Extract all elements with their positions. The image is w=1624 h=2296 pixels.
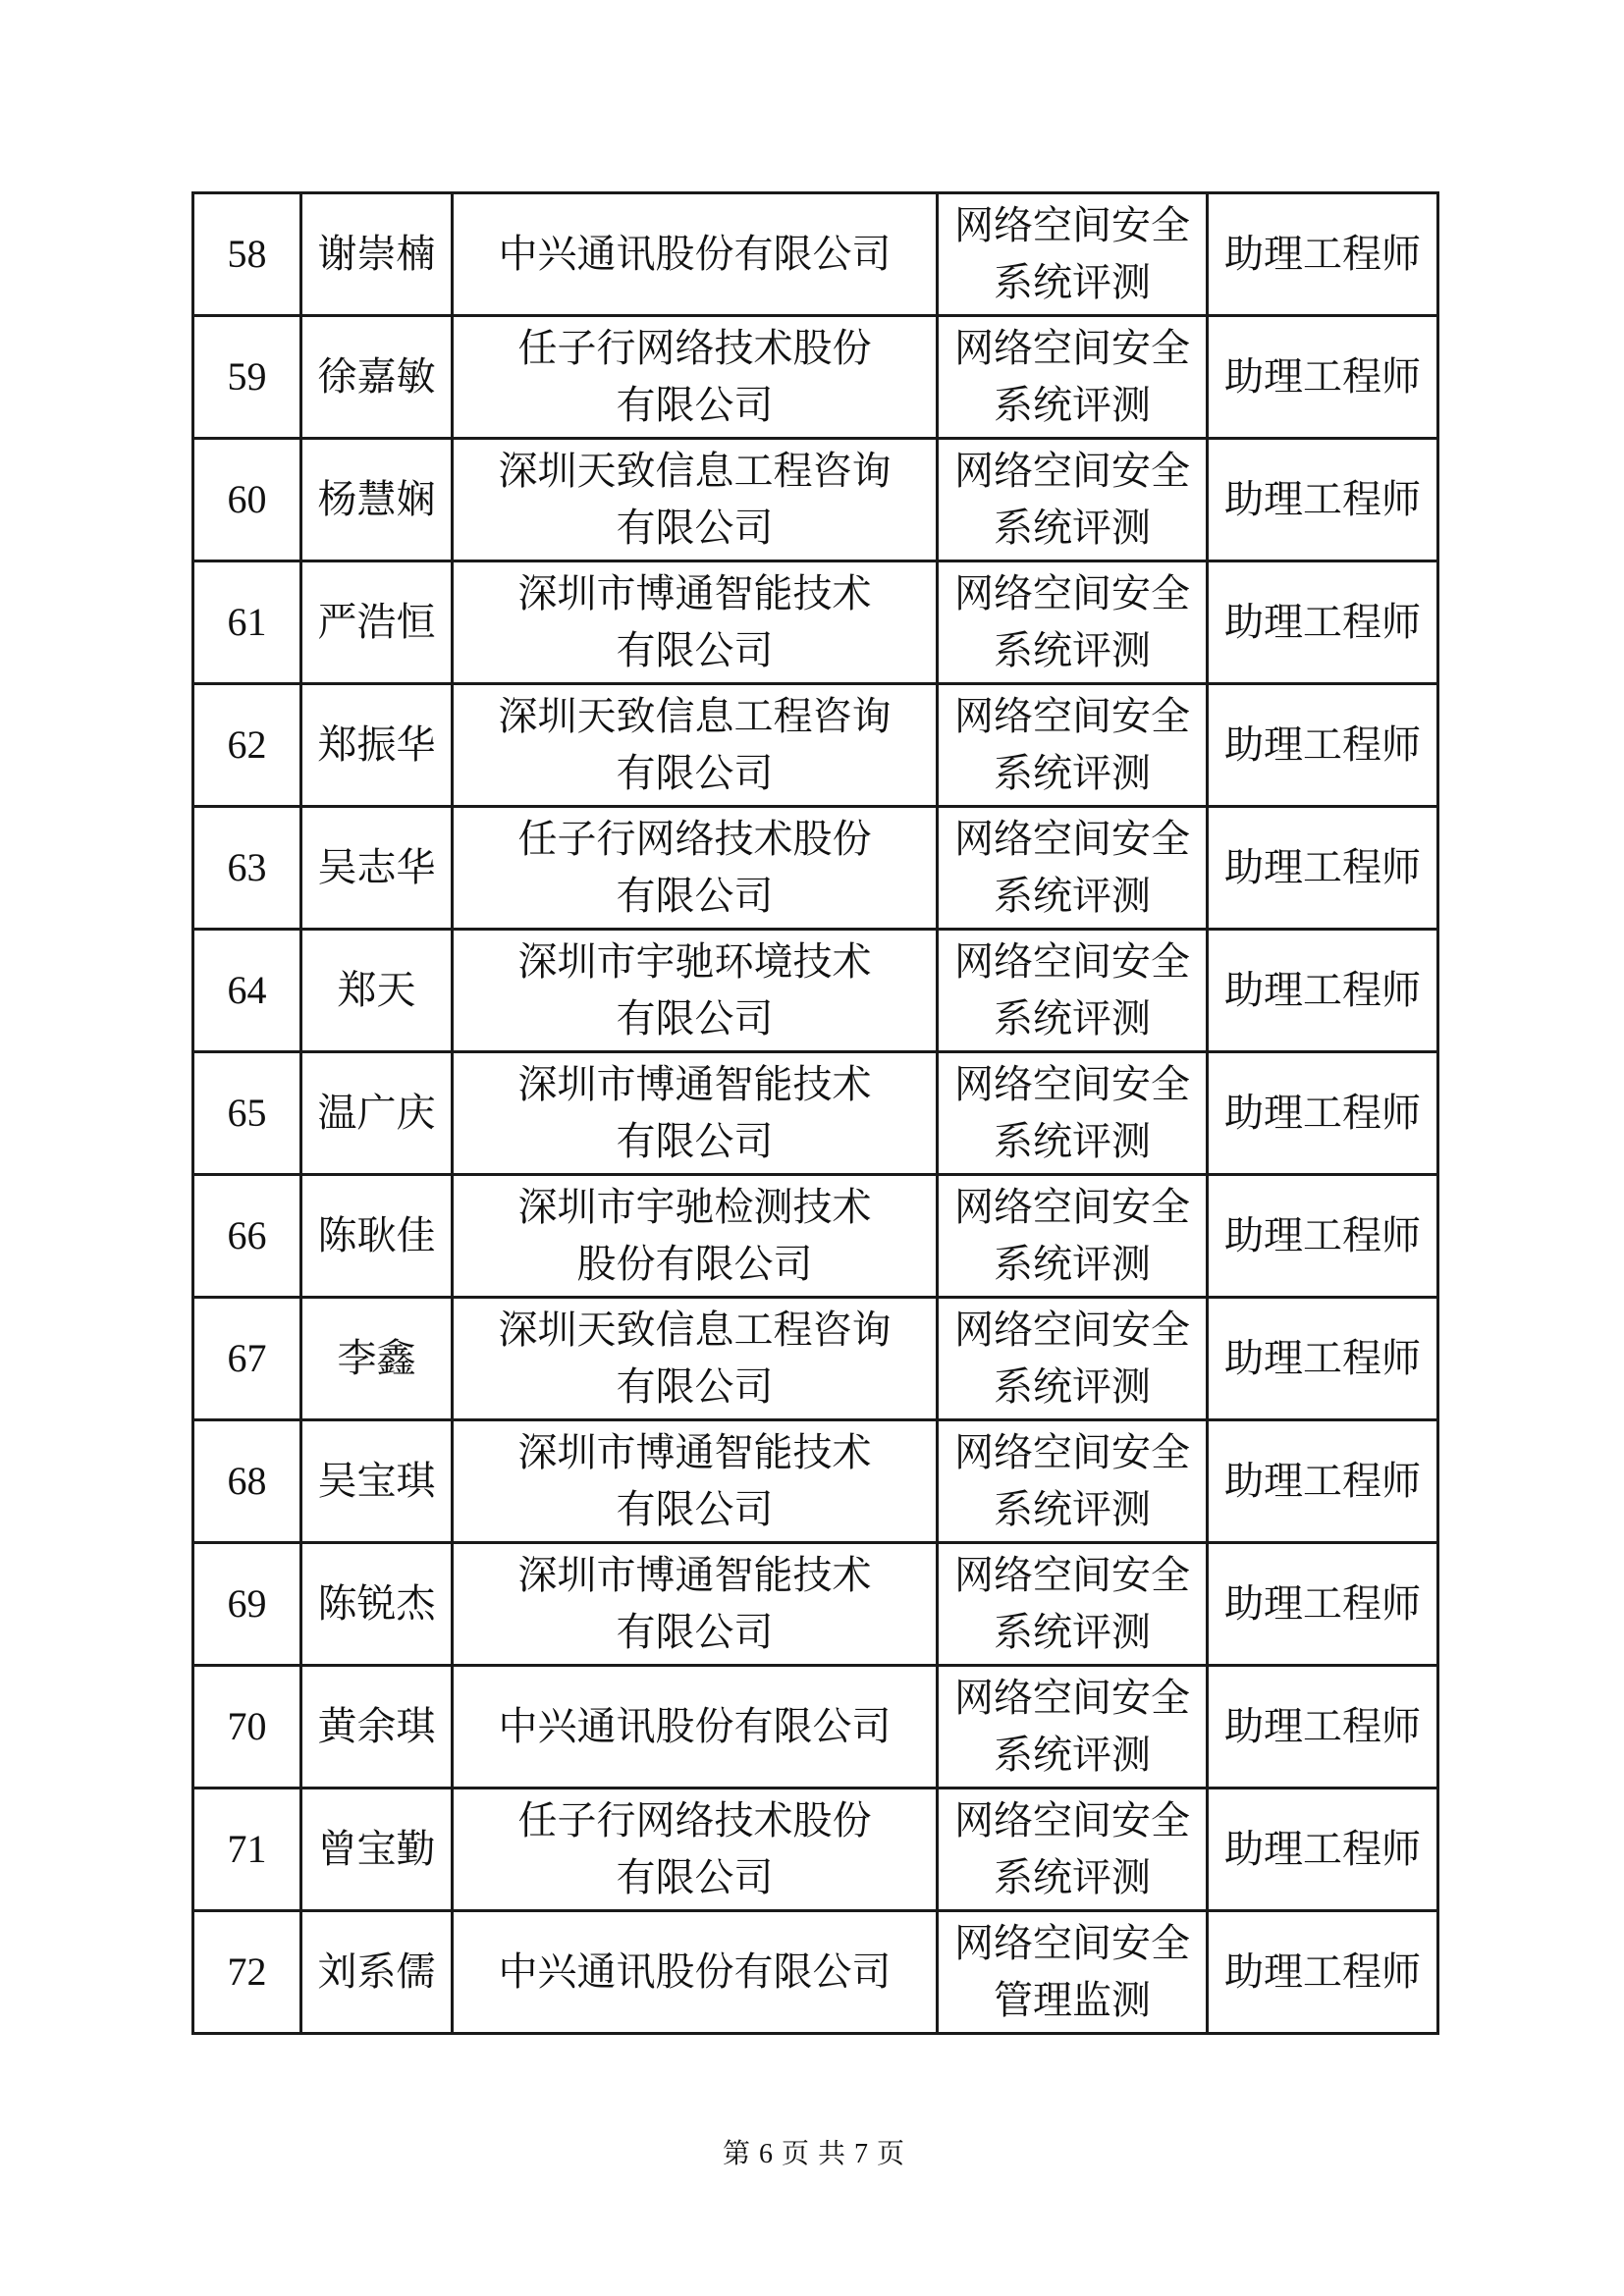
cell-company: 任子行网络技术股份 有限公司 xyxy=(453,807,938,930)
table-row: 68 吴宝琪 深圳市博通智能技术 有限公司 网络空间安全 系统评测 助理工程师 xyxy=(193,1420,1438,1543)
cell-category: 网络空间安全 管理监测 xyxy=(938,1911,1208,2034)
cell-person-name: 吴宝琪 xyxy=(301,1420,453,1543)
table-row: 58 谢崇楠 中兴通讯股份有限公司 网络空间安全 系统评测 助理工程师 xyxy=(193,193,1438,316)
cell-number: 66 xyxy=(193,1175,301,1298)
table-row: 69 陈锐杰 深圳市博通智能技术 有限公司 网络空间安全 系统评测 助理工程师 xyxy=(193,1543,1438,1666)
cell-person-name: 杨慧娴 xyxy=(301,439,453,561)
document-page: 58 谢崇楠 中兴通讯股份有限公司 网络空间安全 系统评测 助理工程师 59 徐… xyxy=(0,0,1624,2296)
cell-category: 网络空间安全 系统评测 xyxy=(938,1789,1208,1911)
cell-person-name: 陈锐杰 xyxy=(301,1543,453,1666)
cell-number: 67 xyxy=(193,1298,301,1420)
cell-person-name: 郑天 xyxy=(301,930,453,1052)
cell-company: 中兴通讯股份有限公司 xyxy=(453,1911,938,2034)
cell-person-name: 陈耿佳 xyxy=(301,1175,453,1298)
cell-number: 72 xyxy=(193,1911,301,2034)
cell-person-name: 黄余琪 xyxy=(301,1666,453,1789)
roster-body: 58 谢崇楠 中兴通讯股份有限公司 网络空间安全 系统评测 助理工程师 59 徐… xyxy=(193,193,1438,2034)
table-row: 67 李鑫 深圳天致信息工程咨询 有限公司 网络空间安全 系统评测 助理工程师 xyxy=(193,1298,1438,1420)
cell-person-name: 刘系儒 xyxy=(301,1911,453,2034)
cell-company: 任子行网络技术股份 有限公司 xyxy=(453,316,938,439)
table-row: 63 吴志华 任子行网络技术股份 有限公司 网络空间安全 系统评测 助理工程师 xyxy=(193,807,1438,930)
cell-company: 深圳天致信息工程咨询 有限公司 xyxy=(453,1298,938,1420)
cell-person-name: 温广庆 xyxy=(301,1052,453,1175)
cell-person-name: 李鑫 xyxy=(301,1298,453,1420)
cell-category: 网络空间安全 系统评测 xyxy=(938,807,1208,930)
cell-number: 70 xyxy=(193,1666,301,1789)
cell-company: 深圳市博通智能技术 有限公司 xyxy=(453,1543,938,1666)
cell-category: 网络空间安全 系统评测 xyxy=(938,1543,1208,1666)
cell-category: 网络空间安全 系统评测 xyxy=(938,930,1208,1052)
cell-number: 60 xyxy=(193,439,301,561)
cell-number: 68 xyxy=(193,1420,301,1543)
cell-number: 69 xyxy=(193,1543,301,1666)
cell-number: 58 xyxy=(193,193,301,316)
cell-category: 网络空间安全 系统评测 xyxy=(938,1052,1208,1175)
cell-company: 深圳市博通智能技术 有限公司 xyxy=(453,1052,938,1175)
roster-table: 58 谢崇楠 中兴通讯股份有限公司 网络空间安全 系统评测 助理工程师 59 徐… xyxy=(191,191,1439,2035)
cell-category: 网络空间安全 系统评测 xyxy=(938,193,1208,316)
cell-number: 59 xyxy=(193,316,301,439)
cell-person-name: 徐嘉敏 xyxy=(301,316,453,439)
page-number: 第 6 页 共 7 页 xyxy=(723,2139,905,2169)
table-row: 64 郑天 深圳市宇驰环境技术 有限公司 网络空间安全 系统评测 助理工程师 xyxy=(193,930,1438,1052)
cell-category: 网络空间安全 系统评测 xyxy=(938,1666,1208,1789)
table-row: 59 徐嘉敏 任子行网络技术股份 有限公司 网络空间安全 系统评测 助理工程师 xyxy=(193,316,1438,439)
cell-job-title: 助理工程师 xyxy=(1208,1298,1438,1420)
cell-category: 网络空间安全 系统评测 xyxy=(938,316,1208,439)
cell-person-name: 郑振华 xyxy=(301,684,453,807)
cell-number: 63 xyxy=(193,807,301,930)
cell-job-title: 助理工程师 xyxy=(1208,1420,1438,1543)
cell-company: 深圳天致信息工程咨询 有限公司 xyxy=(453,684,938,807)
cell-person-name: 吴志华 xyxy=(301,807,453,930)
cell-number: 61 xyxy=(193,561,301,684)
cell-person-name: 谢崇楠 xyxy=(301,193,453,316)
cell-number: 71 xyxy=(193,1789,301,1911)
cell-job-title: 助理工程师 xyxy=(1208,1911,1438,2034)
cell-job-title: 助理工程师 xyxy=(1208,193,1438,316)
table-row: 70 黄余琪 中兴通讯股份有限公司 网络空间安全 系统评测 助理工程师 xyxy=(193,1666,1438,1789)
cell-company: 中兴通讯股份有限公司 xyxy=(453,193,938,316)
table-row: 71 曾宝勤 任子行网络技术股份 有限公司 网络空间安全 系统评测 助理工程师 xyxy=(193,1789,1438,1911)
cell-number: 65 xyxy=(193,1052,301,1175)
cell-company: 深圳市博通智能技术 有限公司 xyxy=(453,561,938,684)
table-row: 72 刘系儒 中兴通讯股份有限公司 网络空间安全 管理监测 助理工程师 xyxy=(193,1911,1438,2034)
cell-person-name: 曾宝勤 xyxy=(301,1789,453,1911)
table-row: 62 郑振华 深圳天致信息工程咨询 有限公司 网络空间安全 系统评测 助理工程师 xyxy=(193,684,1438,807)
cell-company: 深圳市宇驰检测技术 股份有限公司 xyxy=(453,1175,938,1298)
cell-job-title: 助理工程师 xyxy=(1208,316,1438,439)
table-row: 61 严浩恒 深圳市博通智能技术 有限公司 网络空间安全 系统评测 助理工程师 xyxy=(193,561,1438,684)
cell-job-title: 助理工程师 xyxy=(1208,439,1438,561)
cell-job-title: 助理工程师 xyxy=(1208,1789,1438,1911)
cell-company: 深圳市宇驰环境技术 有限公司 xyxy=(453,930,938,1052)
cell-company: 任子行网络技术股份 有限公司 xyxy=(453,1789,938,1911)
cell-job-title: 助理工程师 xyxy=(1208,930,1438,1052)
cell-job-title: 助理工程师 xyxy=(1208,807,1438,930)
page-footer: 第 6 页 共 7 页 xyxy=(191,2132,1436,2171)
cell-job-title: 助理工程师 xyxy=(1208,1543,1438,1666)
cell-category: 网络空间安全 系统评测 xyxy=(938,439,1208,561)
cell-job-title: 助理工程师 xyxy=(1208,561,1438,684)
cell-company: 中兴通讯股份有限公司 xyxy=(453,1666,938,1789)
cell-company: 深圳市博通智能技术 有限公司 xyxy=(453,1420,938,1543)
cell-number: 64 xyxy=(193,930,301,1052)
table-row: 65 温广庆 深圳市博通智能技术 有限公司 网络空间安全 系统评测 助理工程师 xyxy=(193,1052,1438,1175)
cell-category: 网络空间安全 系统评测 xyxy=(938,1420,1208,1543)
cell-category: 网络空间安全 系统评测 xyxy=(938,561,1208,684)
cell-category: 网络空间安全 系统评测 xyxy=(938,684,1208,807)
cell-person-name: 严浩恒 xyxy=(301,561,453,684)
table-row: 60 杨慧娴 深圳天致信息工程咨询 有限公司 网络空间安全 系统评测 助理工程师 xyxy=(193,439,1438,561)
cell-category: 网络空间安全 系统评测 xyxy=(938,1175,1208,1298)
cell-job-title: 助理工程师 xyxy=(1208,1666,1438,1789)
table-row: 66 陈耿佳 深圳市宇驰检测技术 股份有限公司 网络空间安全 系统评测 助理工程… xyxy=(193,1175,1438,1298)
cell-category: 网络空间安全 系统评测 xyxy=(938,1298,1208,1420)
cell-job-title: 助理工程师 xyxy=(1208,1052,1438,1175)
cell-job-title: 助理工程师 xyxy=(1208,1175,1438,1298)
cell-number: 62 xyxy=(193,684,301,807)
cell-company: 深圳天致信息工程咨询 有限公司 xyxy=(453,439,938,561)
cell-job-title: 助理工程师 xyxy=(1208,684,1438,807)
